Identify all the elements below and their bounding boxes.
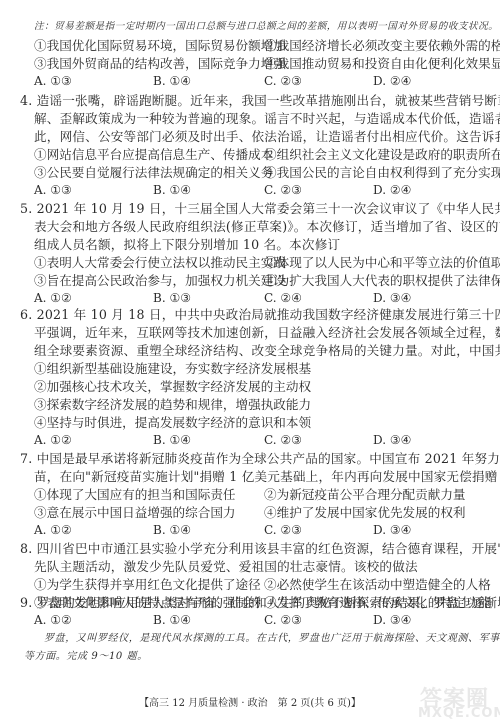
answer-c: C. ②③ <box>264 73 302 90</box>
answer-a: A. ①③ <box>34 73 72 90</box>
answer-d: D. ③④ <box>373 612 411 629</box>
answer-a: A. ①③ <box>34 182 72 199</box>
answer-b: B. ①③ <box>153 290 191 307</box>
question-5-text-line-2: 表大会和地方各级人民政府组织法(修正草案)》。本次修订，适当增加了省、设区的市两… <box>34 218 500 235</box>
watermark-site: MXQE.COM <box>418 706 500 721</box>
question-4-text-line-1: 4. 造谣一张嘴，辟谣跑断腿。近年来，我国一些改革措施刚出台，就被某些营销号断章… <box>20 92 500 109</box>
option-2: ②加强核心技术攻关，掌握数字经济发展的主动权 <box>34 378 311 395</box>
question-8-text-line-1: 8. 四川省巴中市通江县实验小学充分利用该县丰富的红色资源，结合德育课程，开展"… <box>20 540 500 557</box>
question-6-text-line-1: 6. 2021 年 10 月 18 日，中共中央政治局就推动我国数字经济健康发展… <box>20 306 500 323</box>
option-3: ③我国外贸商品的结构改善，国际竞争力增强 <box>34 55 286 72</box>
answer-d: D. ②④ <box>373 73 411 90</box>
option-1: ①为学生获得并享用红色文化提供了途径 <box>34 576 261 593</box>
option-1: ①表明人大常委会行使立法权以推动民主实践 <box>34 254 286 271</box>
option-4: ④我国公民的言论自由权利得到了充分实现 <box>264 164 500 181</box>
question-6-text-line-3: 组全球要素资源、重塑全球经济结构、改变全球竞争格局的关键力量。对此，中国共产党应 <box>34 342 500 359</box>
option-4: ④维护了发展中国家优先发展的权利 <box>264 504 466 521</box>
answer-c: C. ②③ <box>264 612 302 629</box>
question-9-text-line-1: 9. 罗盘的发明和应用是人类对宇宙、社会和人生的奥秘不断探索的结果。罗盘上逐渐增… <box>20 594 500 611</box>
option-4: ④坚持与时俱进，提高发展数字经济的意识和本领 <box>34 414 311 431</box>
option-2: ②必然使学生在该活动中塑造健全的人格 <box>264 576 491 593</box>
option-4: ④为扩大我国人大代表的职权提供了法律保障 <box>264 272 500 289</box>
answer-c: C. ②③ <box>264 432 302 449</box>
answer-b: B. ①④ <box>153 182 191 199</box>
option-4: ④我国推动贸易和投资自由化便利化效果显著 <box>264 55 500 72</box>
option-1: ①体现了大国应有的担当和国际责任 <box>34 486 236 503</box>
answer-b: B. ①④ <box>153 73 191 90</box>
option-3: ③旨在提高公民政治参与，加强权力机关建设 <box>34 272 286 289</box>
question-4-text-line-3: 此，网信、公安等部门必须及时出手、依法治谣，让造谣者付出相应代价。这告诉我们 <box>34 128 500 145</box>
question-7-text-line-1: 7. 中国是最早承诺将新冠肺炎疫苗作为全球公共产品的国家。中国宣布 2021 年… <box>20 450 500 467</box>
option-1: ①组织新型基础设施建设，夯实数字经济发展根基 <box>34 360 311 377</box>
option-2: ②组织社会主义文化建设是政府的职责所在 <box>264 146 500 163</box>
chart-note: 注：贸易差额是指一定时期内一国出口总额与进口总额之间的差额，用以表明一国对外贸易… <box>34 18 498 35</box>
answer-d: D. ③④ <box>373 290 411 307</box>
answer-c: C. ②③ <box>264 522 302 539</box>
question-5-text-line-3: 组成人员名额，拟将上下限分别增加 10 名。本次修订 <box>34 236 340 253</box>
material-intro-line-2: 等方面。完成 9～10 题。 <box>24 648 148 665</box>
option-3: ③公民要自觉履行法律法规确定的相关义务 <box>34 164 273 181</box>
answer-b: B. ①④ <box>153 432 191 449</box>
option-1: ①我国优化国际贸易环境，国际贸易份额增加 <box>34 37 286 54</box>
question-5-text-line-1: 5. 2021 年 10 月 19 日，十三届全国人大常委会第三十一次会议审议了… <box>20 200 500 217</box>
answer-d: D. ③④ <box>373 432 411 449</box>
option-2: ②体现了以人民为中心和平等立法的价值取向 <box>264 254 500 271</box>
answer-c: C. ②④ <box>264 290 302 307</box>
exam-page: 注：贸易差额是指一定时期内一国出口总额与进口总额之间的差额，用以表明一国对外贸易… <box>0 0 500 726</box>
answer-a: A. ①② <box>34 432 72 449</box>
option-1: ①网站信息平台应提高信息生产、传播成本 <box>34 146 273 163</box>
answer-a: A. ①② <box>34 612 72 629</box>
answer-b: B. ①④ <box>153 522 191 539</box>
answer-d: D. ②④ <box>373 182 411 199</box>
option-3: ③意在展示中国日益增强的综合国力 <box>34 504 236 521</box>
option-3: ③探索数字经济发展的趋势和规律，增强执政能力 <box>34 396 311 413</box>
answer-d: D. ③④ <box>373 522 411 539</box>
question-6-text-line-2: 平强调，近年来，互联网等技术加速创新，日益融入经济社会发展各领域全过程，数字经济… <box>34 324 500 341</box>
option-2: ②为新冠疫苗公平合理分配贡献力量 <box>264 486 466 503</box>
material-intro-line-1: 罗盘，又叫罗经仪，是现代风水探测的工具。在古代，罗盘也广泛用于航海探险、天文观测… <box>44 630 500 647</box>
answer-a: A. ①② <box>34 522 72 539</box>
question-7-text-line-2: 苗，在向"新冠疫苗实施计划"捐赠 1 亿美元基础上，年内再向发展中国家无偿捐赠 … <box>34 468 500 485</box>
answer-b: B. ①④ <box>153 612 191 629</box>
answer-c: C. ②③ <box>264 182 302 199</box>
question-4-text-line-2: 解、歪解政策成为一种较为普遍的现象。谣言不时兴起，与造谣成本代价低，造谣者有恃无… <box>34 110 500 127</box>
answer-a: A. ①② <box>34 290 72 307</box>
question-8-text-line-2: 先队主题活动，激发少先队员爱党、爱祖国的壮志豪情。该校的做法 <box>34 558 418 575</box>
option-2: ②我国经济增长必须改变主要依赖外需的格局 <box>264 37 500 54</box>
